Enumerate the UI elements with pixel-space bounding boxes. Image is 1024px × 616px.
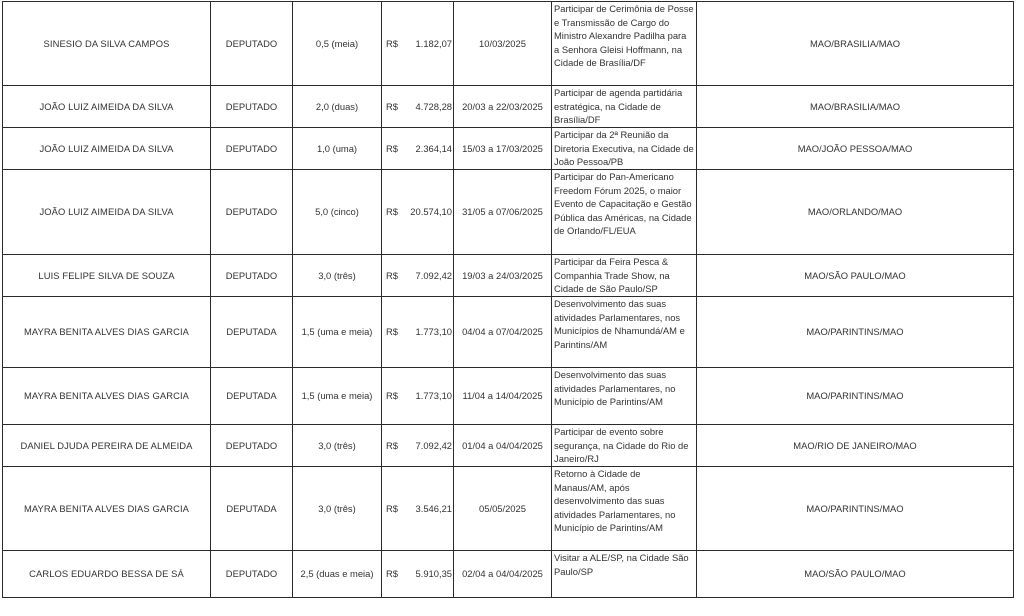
cell-nome: JOÃO LUIZ AIMEIDA DA SILVA <box>3 128 211 170</box>
table-row: MAYRA BENITA ALVES DIAS GARCIA DEPUTADA … <box>3 297 1014 368</box>
cell-periodo: 02/04 a 04/04/2025 <box>454 551 552 598</box>
cell-cargo: DEPUTADA <box>211 297 293 368</box>
table-row: SINESIO DA SILVA CAMPOS DEPUTADO 0,5 (me… <box>3 2 1014 86</box>
table-row: LUIS FELIPE SILVA DE SOUZA DEPUTADO 3,0 … <box>3 255 1014 297</box>
cell-objetivo: Participar do Pan-Americano Freedom Fóru… <box>552 170 697 255</box>
currency-symbol: R$ <box>386 269 404 283</box>
currency-symbol: R$ <box>386 502 404 516</box>
currency-symbol: R$ <box>386 567 404 581</box>
cell-nome: MAYRA BENITA ALVES DIAS GARCIA <box>3 467 211 551</box>
cell-nome: SINESIO DA SILVA CAMPOS <box>3 2 211 86</box>
cell-cargo: DEPUTADO <box>211 551 293 598</box>
cell-cargo: DEPUTADO <box>211 255 293 297</box>
cell-cargo: DEPUTADO <box>211 425 293 467</box>
cell-valor: R$2.364,14 <box>382 128 454 170</box>
cell-cargo: DEPUTADA <box>211 467 293 551</box>
currency-symbol: R$ <box>386 325 404 339</box>
table-row: CARLOS EDUARDO BESSA DE SÁ DEPUTADO 2,5 … <box>3 551 1014 598</box>
cell-diarias: 1,0 (uma) <box>293 128 382 170</box>
currency-symbol: R$ <box>386 100 404 114</box>
cell-nome: JOÃO LUIZ AIMEIDA DA SILVA <box>3 86 211 128</box>
cell-trecho: MAO/PARINTINS/MAO <box>697 368 1014 425</box>
cell-trecho: MAO/SÃO PAULO/MAO <box>697 551 1014 598</box>
cell-objetivo: Participar de evento sobre segurança, na… <box>552 425 697 467</box>
cell-nome: JOÃO LUIZ AIMEIDA DA SILVA <box>3 170 211 255</box>
cell-trecho: MAO/JOÃO PESSOA/MAO <box>697 128 1014 170</box>
cell-diarias: 1,5 (uma e meia) <box>293 368 382 425</box>
cell-diarias: 5,0 (cinco) <box>293 170 382 255</box>
cell-cargo: DEPUTADO <box>211 170 293 255</box>
cell-nome: CARLOS EDUARDO BESSA DE SÁ <box>3 551 211 598</box>
cell-periodo: 01/04 a 04/04/2025 <box>454 425 552 467</box>
cell-diarias: 3,0 (três) <box>293 467 382 551</box>
cell-valor: R$7.092,42 <box>382 255 454 297</box>
cell-cargo: DEPUTADO <box>211 128 293 170</box>
table-row: JOÃO LUIZ AIMEIDA DA SILVA DEPUTADO 5,0 … <box>3 170 1014 255</box>
cell-objetivo: Desenvolvimento das suas atividades Parl… <box>552 297 697 368</box>
table-row: DANIEL DJUDA PEREIRA DE ALMEIDA DEPUTADO… <box>3 425 1014 467</box>
amount: 20.574,10 <box>404 205 452 219</box>
cell-cargo: DEPUTADO <box>211 86 293 128</box>
cell-diarias: 3,0 (três) <box>293 425 382 467</box>
cell-objetivo: Visitar a ALE/SP, na Cidade São Paulo/SP <box>552 551 697 598</box>
amount: 7.092,42 <box>404 439 452 453</box>
table-row: MAYRA BENITA ALVES DIAS GARCIA DEPUTADA … <box>3 368 1014 425</box>
cell-trecho: MAO/SÃO PAULO/MAO <box>697 255 1014 297</box>
cell-objetivo: Participar de agenda partidária estratég… <box>552 86 697 128</box>
cell-periodo: 31/05 a 07/06/2025 <box>454 170 552 255</box>
cell-valor: R$4.728,28 <box>382 86 454 128</box>
table-row: JOÃO LUIZ AIMEIDA DA SILVA DEPUTADO 2,0 … <box>3 86 1014 128</box>
cell-cargo: DEPUTADO <box>211 2 293 86</box>
cell-objetivo: Desenvolvimento das suas atividades Parl… <box>552 368 697 425</box>
cell-nome: LUIS FELIPE SILVA DE SOUZA <box>3 255 211 297</box>
table-body: SINESIO DA SILVA CAMPOS DEPUTADO 0,5 (me… <box>3 2 1014 598</box>
amount: 4.728,28 <box>404 100 452 114</box>
cell-valor: R$1.773,10 <box>382 297 454 368</box>
currency-symbol: R$ <box>386 37 404 51</box>
cell-periodo: 10/03/2025 <box>454 2 552 86</box>
cell-periodo: 19/03 a 24/03/2025 <box>454 255 552 297</box>
cell-valor: R$20.574,10 <box>382 170 454 255</box>
amount: 7.092,42 <box>404 269 452 283</box>
cell-valor: R$5.910,35 <box>382 551 454 598</box>
table-row: MAYRA BENITA ALVES DIAS GARCIA DEPUTADA … <box>3 467 1014 551</box>
cell-valor: R$7.092,42 <box>382 425 454 467</box>
cell-objetivo: Retorno à Cidade de Manaus/AM, após dese… <box>552 467 697 551</box>
cell-nome: DANIEL DJUDA PEREIRA DE ALMEIDA <box>3 425 211 467</box>
cell-diarias: 1,5 (uma e meia) <box>293 297 382 368</box>
cell-periodo: 11/04 a 14/04/2025 <box>454 368 552 425</box>
cell-diarias: 0,5 (meia) <box>293 2 382 86</box>
cell-cargo: DEPUTADA <box>211 368 293 425</box>
cell-diarias: 2,5 (duas e meia) <box>293 551 382 598</box>
amount: 3.546,21 <box>404 502 452 516</box>
cell-objetivo: Participar da Feira Pesca & Companhia Tr… <box>552 255 697 297</box>
amount: 1.773,10 <box>404 325 452 339</box>
cell-periodo: 15/03 a 17/03/2025 <box>454 128 552 170</box>
cell-trecho: MAO/PARINTINS/MAO <box>697 297 1014 368</box>
cell-objetivo: Participar da 2ª Reunião da Diretoria Ex… <box>552 128 697 170</box>
cell-objetivo: Participar de Cerimônia de Posse e Trans… <box>552 2 697 86</box>
amount: 2.364,14 <box>404 142 452 156</box>
cell-diarias: 3,0 (três) <box>293 255 382 297</box>
cell-trecho: MAO/BRASILIA/MAO <box>697 86 1014 128</box>
amount: 1.182,07 <box>404 37 452 51</box>
cell-diarias: 2,0 (duas) <box>293 86 382 128</box>
currency-symbol: R$ <box>386 142 404 156</box>
currency-symbol: R$ <box>386 389 404 403</box>
cell-periodo: 20/03 a 22/03/2025 <box>454 86 552 128</box>
cell-valor: R$1.773,10 <box>382 368 454 425</box>
cell-valor: R$1.182,07 <box>382 2 454 86</box>
amount: 1.773,10 <box>404 389 452 403</box>
travel-allowance-table: SINESIO DA SILVA CAMPOS DEPUTADO 0,5 (me… <box>2 1 1014 598</box>
cell-trecho: MAO/ORLANDO/MAO <box>697 170 1014 255</box>
cell-periodo: 04/04 a 07/04/2025 <box>454 297 552 368</box>
amount: 5.910,35 <box>404 567 452 581</box>
currency-symbol: R$ <box>386 205 404 219</box>
cell-trecho: MAO/PARINTINS/MAO <box>697 467 1014 551</box>
cell-nome: MAYRA BENITA ALVES DIAS GARCIA <box>3 297 211 368</box>
cell-nome: MAYRA BENITA ALVES DIAS GARCIA <box>3 368 211 425</box>
currency-symbol: R$ <box>386 439 404 453</box>
table-row: JOÃO LUIZ AIMEIDA DA SILVA DEPUTADO 1,0 … <box>3 128 1014 170</box>
cell-trecho: MAO/BRASILIA/MAO <box>697 2 1014 86</box>
cell-valor: R$3.546,21 <box>382 467 454 551</box>
cell-trecho: MAO/RIO DE JANEIRO/MAO <box>697 425 1014 467</box>
cell-periodo: 05/05/2025 <box>454 467 552 551</box>
